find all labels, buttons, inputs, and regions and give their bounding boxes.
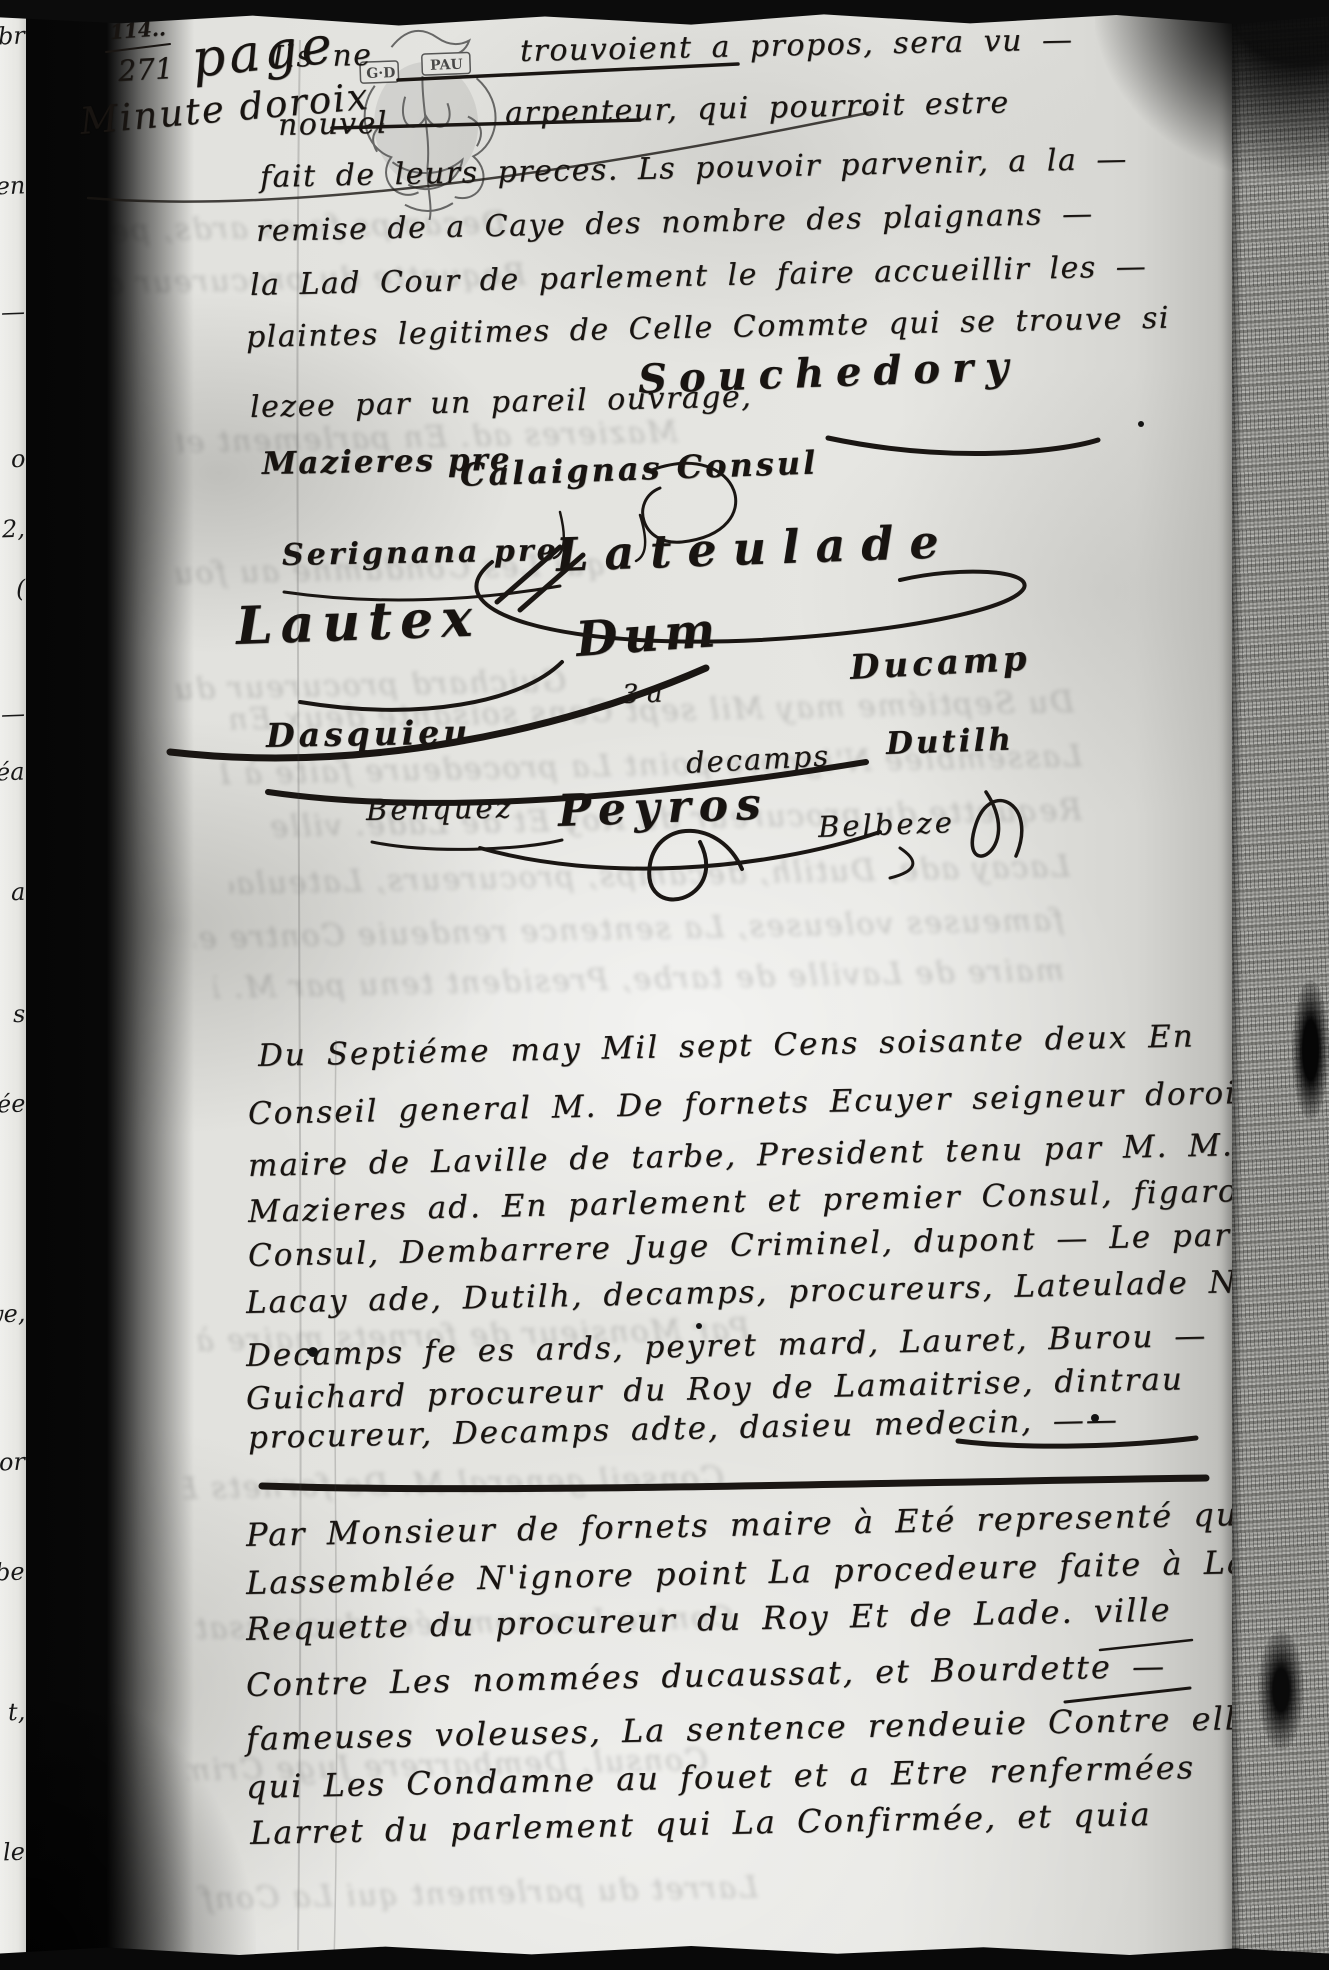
sliver-fragment: le bbox=[3, 1838, 26, 1867]
previous-page-sliver: br ien — o 2, ( — éa a s ée ye, or be t,… bbox=[0, 0, 26, 1970]
sliver-fragment: — bbox=[1, 298, 26, 327]
signature: Peyros bbox=[557, 779, 769, 837]
signature: Lautex bbox=[235, 587, 481, 656]
signature-paraph: Dum bbox=[574, 602, 723, 668]
signature: Belbeze bbox=[817, 805, 955, 844]
show-through-text: Lacay ade, Dutilh, decamps, procureurs, … bbox=[230, 849, 1071, 902]
show-through-text: Guichard procureur du Roy de Lamaitrise,… bbox=[176, 664, 567, 707]
manuscript-scan: br ien — o 2, ( — éa a s ée ye, or be t,… bbox=[0, 0, 1329, 1970]
show-through-text: Conseil general M. De fornets Ecuyer sei… bbox=[184, 1460, 725, 1506]
sliver-fragment: a bbox=[10, 878, 25, 906]
sliver-fragment: — bbox=[1, 700, 26, 729]
sliver-fragment: br bbox=[0, 22, 25, 51]
signature: Dasquieu bbox=[266, 712, 472, 755]
sliver-fragment: t, bbox=[7, 1698, 25, 1727]
sliver-fragment: ye, bbox=[0, 1299, 25, 1328]
sliver-fragment: s bbox=[12, 1000, 25, 1028]
show-through-text: Larret du parlement qui La Confirmée, et… bbox=[198, 1870, 759, 1917]
show-through-text: maire de Laville de tarbe, President ten… bbox=[214, 953, 1065, 1006]
sliver-fragment: or bbox=[0, 1448, 25, 1477]
signature: Benquez bbox=[366, 790, 514, 827]
manuscript-line: Ils ne bbox=[272, 38, 373, 75]
sliver-fragment: 2, bbox=[2, 515, 26, 544]
show-through-text: fameuses voleuses, La sentence rendeuie … bbox=[194, 903, 1065, 956]
sliver-fragment: ( bbox=[15, 575, 25, 603]
sliver-fragment: be bbox=[0, 1557, 25, 1586]
sliver-fragment: éa bbox=[0, 758, 25, 787]
sliver-fragment: ée bbox=[0, 1090, 25, 1119]
sliver-fragment: ien bbox=[0, 171, 25, 200]
manuscript-line: nouvel bbox=[278, 106, 389, 143]
signature: Serignana pre bbox=[282, 533, 559, 573]
book-fore-edge bbox=[1232, 0, 1329, 1970]
signature-paraph: 3 a bbox=[621, 679, 662, 710]
signature: Dutilh bbox=[885, 722, 1014, 762]
page-number: 271 bbox=[117, 51, 174, 88]
sliver-fragment: o bbox=[10, 445, 25, 473]
